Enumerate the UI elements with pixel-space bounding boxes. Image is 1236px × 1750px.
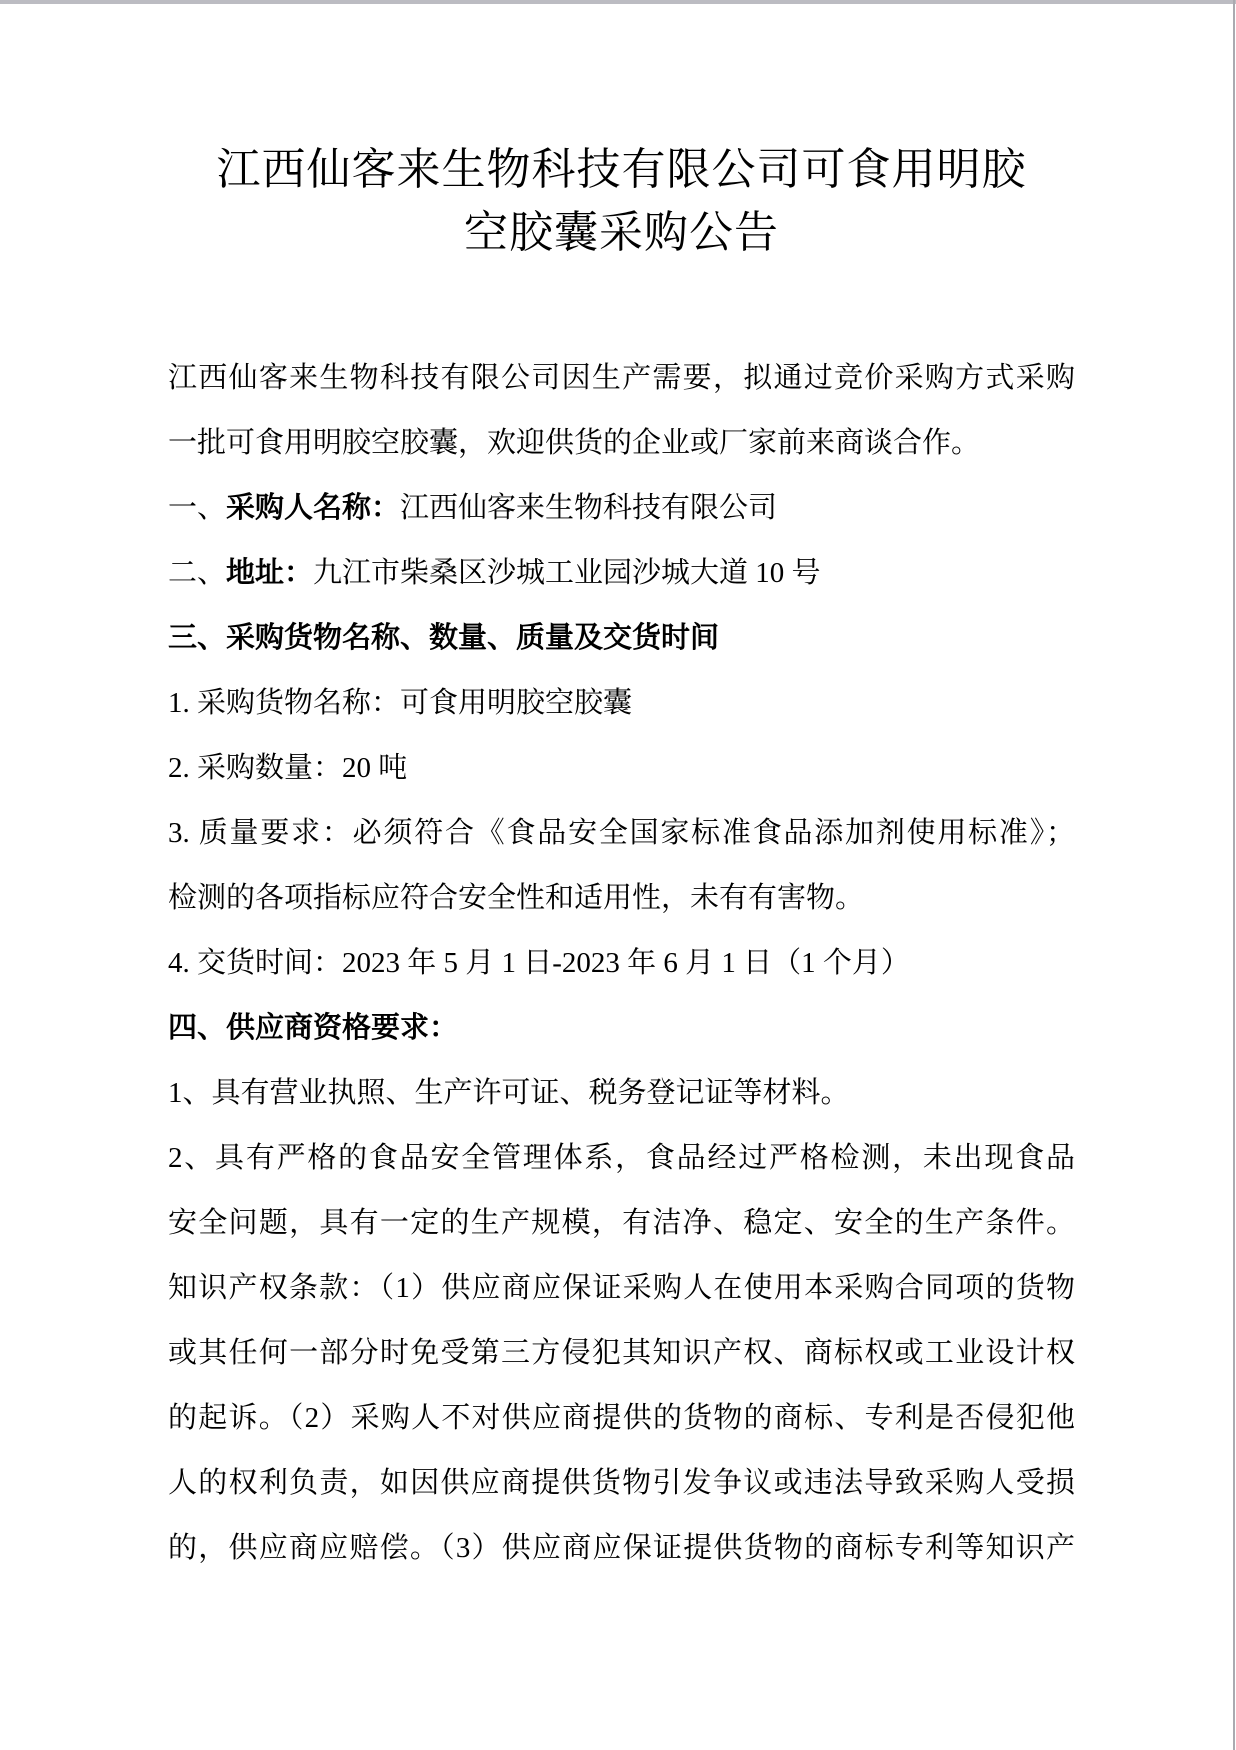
section-supplier-heading: 四、供应商资格要求： [168,996,1075,1061]
doc-title: 江西仙客来生物科技有限公司可食用明胶 空胶囊采购公告 [168,138,1075,264]
item-purchaser-value: 江西仙客来生物科技有限公司 [400,492,777,524]
ip-clause-line1: 知识产权条款：（1）供应商应保证采购人在使用本采购合同项的货物 [168,1256,1075,1321]
goods-quantity-item: 2. 采购数量：20 吨 [168,736,1075,801]
item-address-value: 九江市柴桑区沙城工业园沙城大道 10 号 [313,557,821,589]
ip-clause-line5: 的，供应商应赔偿。（3）供应商应保证提供货物的商标专利等知识产 [168,1516,1075,1581]
supplier-req2-line2: 安全问题，具有一定的生产规模，有洁净、稳定、安全的生产条件。 [168,1191,1075,1256]
item-purchaser-name: 一、采购人名称：江西仙客来生物科技有限公司 [168,476,1075,541]
item-purchaser-label: 采购人名称： [226,492,400,524]
intro-line1: 江西仙客来生物科技有限公司因生产需要，拟通过竞价采购方式采购 [168,346,1075,411]
intro-paragraph: 江西仙客来生物科技有限公司因生产需要，拟通过竞价采购方式采购 一批可食用明胶空胶… [168,346,1075,476]
goods-quality-line2: 检测的各项指标应符合安全性和适用性，未有有害物。 [168,866,1075,931]
goods-quality-item: 3. 质量要求：必须符合《食品安全国家标准食品添加剂使用标准》； 检测的各项指标… [168,801,1075,931]
goods-quality-line1: 3. 质量要求：必须符合《食品安全国家标准食品添加剂使用标准》； [168,801,1075,866]
item-address-number: 二、 [168,557,226,589]
goods-name-item: 1. 采购货物名称：可食用明胶空胶囊 [168,671,1075,736]
delivery-time-item: 4. 交货时间：2023 年 5 月 1 日-2023 年 6 月 1 日（1 … [168,931,1075,996]
document-page: 江西仙客来生物科技有限公司可食用明胶 空胶囊采购公告 江西仙客来生物科技有限公司… [168,0,1075,1581]
item-address-label: 地址： [226,557,313,589]
supplier-req1: 1、具有营业执照、生产许可证、税务登记证等材料。 [168,1061,1075,1126]
intro-line2: 一批可食用明胶空胶囊，欢迎供货的企业或厂家前来商谈合作。 [168,411,1075,476]
supplier-req2: 2、具有严格的食品安全管理体系，食品经过严格检测，未出现食品 安全问题，具有一定… [168,1126,1075,1256]
ip-clause-paragraph: 知识产权条款：（1）供应商应保证采购人在使用本采购合同项的货物 或其任何一部分时… [168,1256,1075,1581]
item-address: 二、地址：九江市柴桑区沙城工业园沙城大道 10 号 [168,541,1075,606]
ip-clause-line4: 人的权利负责，如因供应商提供货物引发争议或违法导致采购人受损 [168,1451,1075,1516]
document-body: 江西仙客来生物科技有限公司因生产需要，拟通过竞价采购方式采购 一批可食用明胶空胶… [168,346,1075,1581]
page-right-edge [1233,0,1235,1750]
supplier-req2-line1: 2、具有严格的食品安全管理体系，食品经过严格检测，未出现食品 [168,1126,1075,1191]
section-goods-heading: 三、采购货物名称、数量、质量及交货时间 [168,606,1075,671]
doc-title-line2: 空胶囊采购公告 [168,201,1075,264]
ip-clause-line3: 的起诉。（2）采购人不对供应商提供的货物的商标、专利是否侵犯他 [168,1386,1075,1451]
item-purchaser-number: 一、 [168,492,226,524]
doc-title-line1: 江西仙客来生物科技有限公司可食用明胶 [168,138,1075,201]
ip-clause-line2: 或其任何一部分时免受第三方侵犯其知识产权、商标权或工业设计权 [168,1321,1075,1386]
